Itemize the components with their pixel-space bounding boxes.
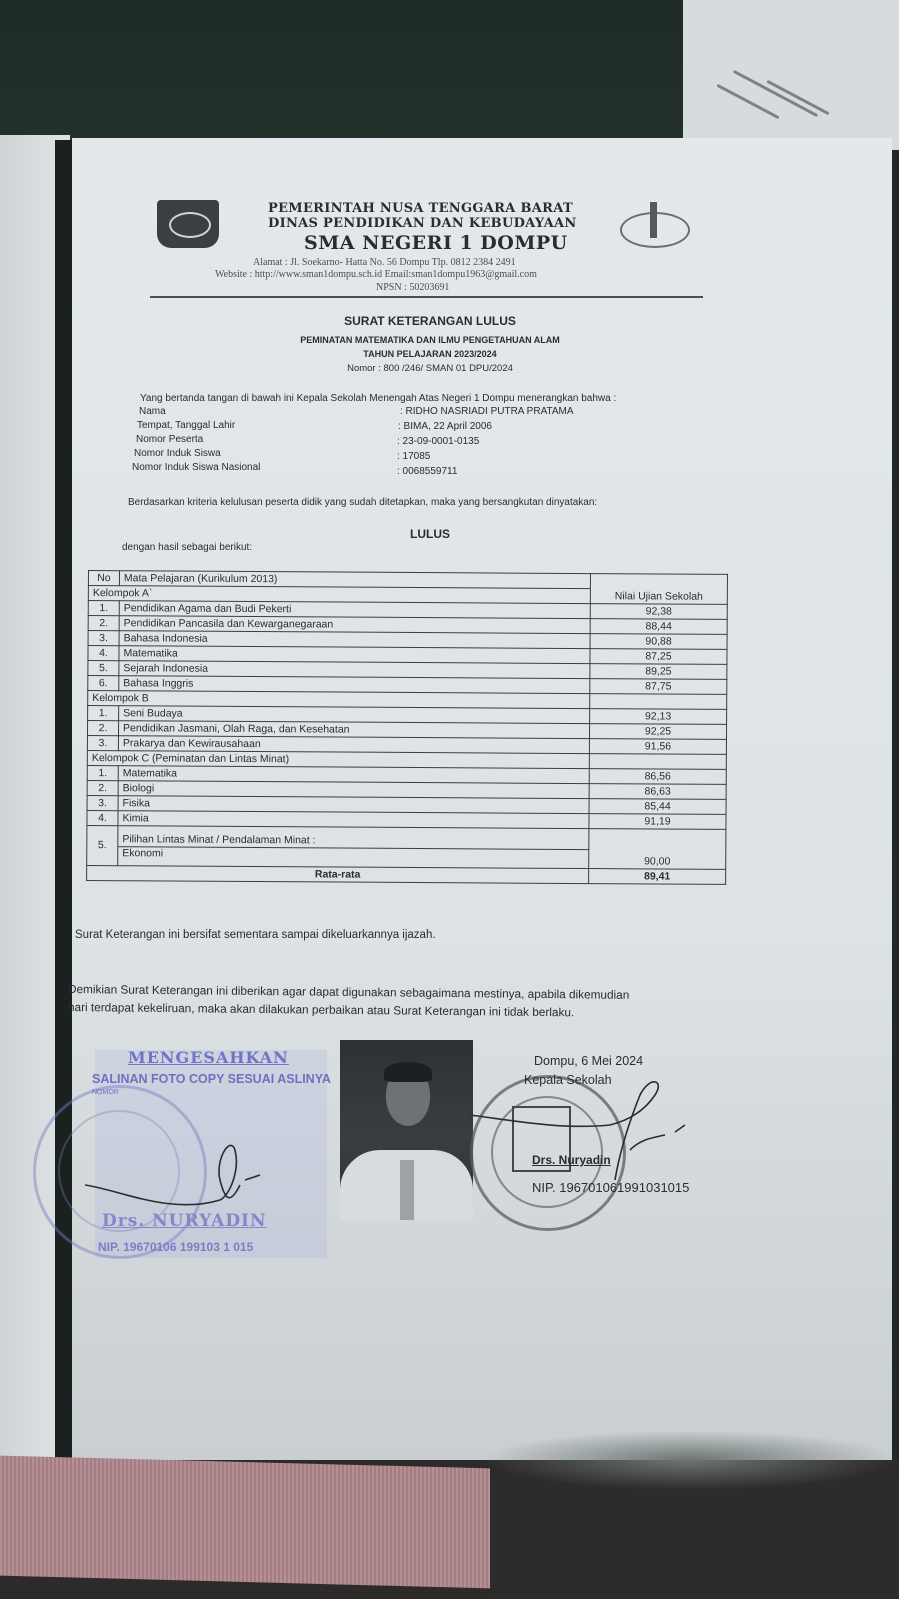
row-score: 91,19 [589,814,726,830]
temporary-note: Surat Keterangan ini bersifat sementara … [75,929,436,941]
letterhead-divider [150,296,703,298]
student-value: : 0068559711 [397,466,457,477]
document-program: PEMINATAN MATEMATIKA DAN ILMU PENGETAHUA… [0,335,860,345]
document-title: SURAT KETERANGAN LULUS [0,314,860,328]
average-label: Rata-rata [87,865,589,883]
letterhead-department: DINAS PENDIDIKAN DAN KEBUDAYAAN [268,216,577,231]
row-score: 91,56 [589,739,726,755]
certificate-document: PEMERINTAH NUSA TENGGARA BARAT DINAS PEN… [0,0,899,1599]
student-value: : BIMA, 22 April 2006 [398,421,492,432]
header-score: Nilai Ujian Sekolah [590,574,727,605]
results-intro: dengan hasil sebagai berikut: [122,542,252,553]
row-no: 5. [87,825,118,865]
row-score: 89,25 [590,664,727,680]
student-label: Nama [139,406,166,417]
row-no: 2. [87,721,118,736]
average-row: Rata-rata 89,41 [87,865,726,884]
student-value: : RIDHO NASRIADI PUTRA PRATAMA [400,406,574,417]
letterhead-address: Alamat : Jl. Soekarno- Hatta No. 56 Domp… [253,257,516,268]
document-number: Nomor : 800 /246/ SMAN 01 DPU/2024 [0,363,860,374]
dompu-regency-emblem-icon [618,202,690,248]
signature-place-date: Dompu, 6 Mei 2024 [534,1054,643,1068]
stamp-signer-name: Drs. NURYADIN [102,1211,267,1231]
row-no: 1. [88,601,119,616]
row-score: 92,25 [589,724,726,740]
criteria-text: Berdasarkan kriteria kelulusan peserta d… [128,497,597,508]
row-no: 4. [87,810,118,825]
row-score: 87,25 [590,649,727,665]
closing-line-1: Demikian Surat Keterangan ini diberikan … [68,982,629,1002]
letterhead-government: PEMERINTAH NUSA TENGGARA BARAT [268,201,573,216]
row-score: 88,44 [590,619,727,635]
signature-nip: NIP. 196701061991031015 [532,1180,689,1195]
row-no: 1. [87,765,118,780]
student-value: : 17085 [397,451,430,462]
student-label: Nomor Induk Siswa Nasional [132,462,260,473]
stamp-number-label: NOMOR [92,1089,119,1096]
row-score: 92,38 [590,604,727,620]
header-no: No [88,571,119,586]
stamp-title: MENGESAHKAN [128,1048,289,1067]
ntb-province-emblem-icon [157,200,219,248]
student-photo [340,1040,473,1220]
document-year: TAHUN PELAJARAN 2023/2024 [0,349,860,359]
row-score: 90,88 [590,634,727,650]
signature-name: Drs. Nuryadin [532,1153,611,1167]
row-no: 6. [88,676,119,691]
row-no: 1. [88,706,119,721]
letterhead-website: Website : http://www.sman1dompu.sch.id E… [215,269,537,280]
row-no: 4. [88,646,119,661]
stamp-signer-nip: NIP. 19670106 199103 1 015 [98,1240,253,1254]
school-seal-icon [33,1085,207,1259]
row-no: 2. [88,616,119,631]
student-value: : 23-09-0001-0135 [397,436,479,447]
row-score: 85,44 [589,799,726,815]
stamp-subtitle: SALINAN FOTO COPY SESUAI ASLINYA [92,1072,331,1086]
row-no: 3. [88,631,119,646]
grades-table: No Mata Pelajaran (Kurikulum 2013) Nilai… [86,570,728,885]
letterhead-npsn: NPSN : 50203691 [376,282,449,293]
intro-text: Yang bertanda tangan di bawah ini Kepala… [140,393,616,404]
letterhead-school: SMA NEGERI 1 DOMPU [304,232,568,254]
student-label: Nomor Peserta [136,434,203,445]
row-subject: Pilihan Lintas Minat / Pendalaman Minat … [118,826,589,850]
row-no: 5. [88,661,119,676]
row-score: 86,63 [589,784,726,800]
row-score: 86,56 [589,769,726,785]
row-score: 90,00 [589,829,726,870]
row-no: 3. [87,735,118,750]
student-label: Nomor Induk Siswa [134,448,221,459]
average-score: 89,41 [589,869,726,885]
signature-position: Kepala Sekolah [524,1073,612,1087]
row-score: 92,13 [590,709,727,725]
row-no: 3. [87,795,118,810]
result-status: LULUS [0,527,860,541]
row-no: 2. [87,780,118,795]
student-label: Tempat, Tanggal Lahir [137,420,235,431]
closing-line-2: hari terdapat kekeliruan, maka akan dila… [68,1000,574,1019]
row-score: 87,75 [590,679,727,695]
